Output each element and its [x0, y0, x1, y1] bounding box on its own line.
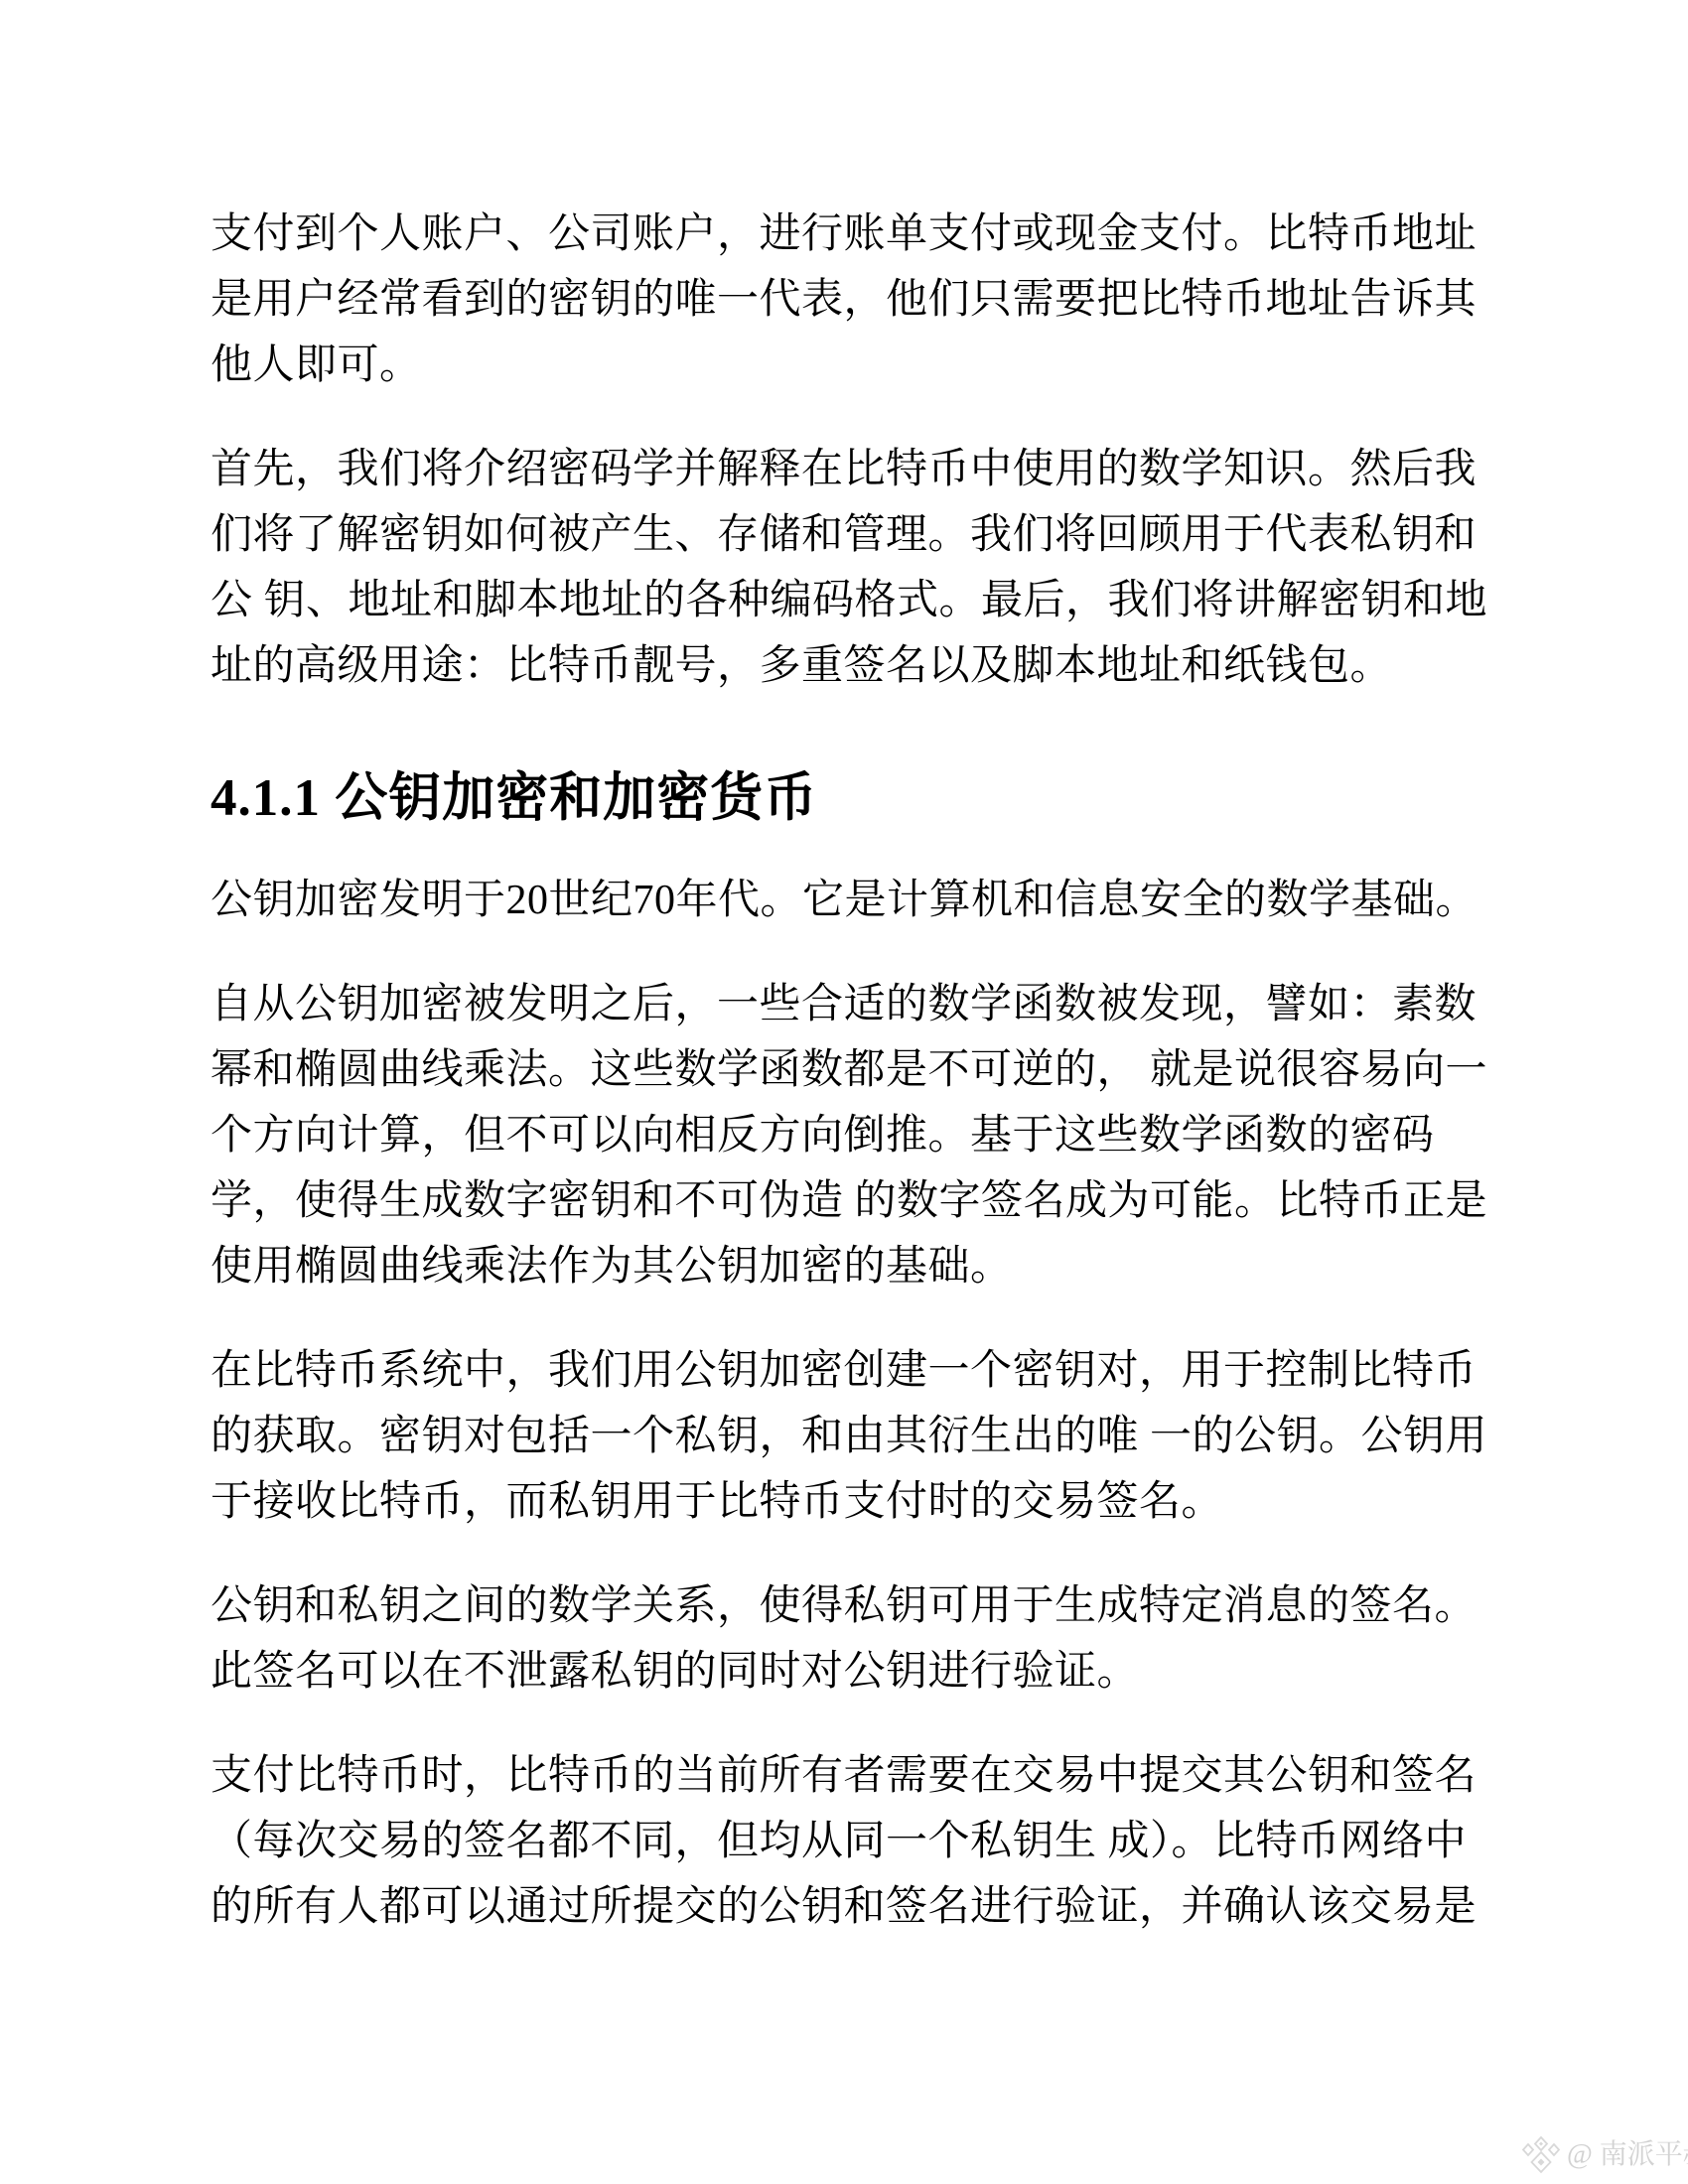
text-line: 公钥和私钥之间的数学关系，使得私钥可用于生成特定消息的签名。: [211, 1573, 1481, 1639]
document-page: 支付到个人账户、公司账户，进行账单支付或现金支付。比特币地址 是用户经常看到的密…: [0, 0, 1688, 2184]
text-line: 个方向计算，但不可以向相反方向倒推。基于这些数学函数的密码: [211, 1103, 1481, 1168]
paragraph: 公钥加密发明于20世纪70年代。它是计算机和信息安全的数学基础。: [211, 868, 1481, 933]
text-line: 自从公钥加密被发明之后，一些合适的数学函数被发现，譬如：素数: [211, 972, 1481, 1037]
text-line: 在比特币系统中，我们用公钥加密创建一个密钥对，用于控制比特币: [211, 1338, 1481, 1404]
watermark: @ 南派平叔: [1521, 2134, 1688, 2176]
watermark-handle: @ 南派平叔: [1567, 2135, 1688, 2175]
paragraph: 支付比特币时，比特币的当前所有者需要在交易中提交其公钥和签名 （每次交易的签名都…: [211, 1743, 1481, 1940]
text-line: 的所有人都可以通过所提交的公钥和签名进行验证，并确认该交易是: [211, 1874, 1481, 1940]
text-line: 的获取。密钥对包括一个私钥，和由其衍生出的唯 一的公钥。公钥用: [211, 1404, 1481, 1469]
text-line: 使用椭圆曲线乘法作为其公钥加密的基础。: [211, 1234, 1481, 1299]
binance-diamond-icon: [1521, 2134, 1561, 2176]
text-line: 于接收比特币，而私钥用于比特币支付时的交易签名。: [211, 1469, 1481, 1535]
paragraph: 自从公钥加密被发明之后，一些合适的数学函数被发现，譬如：素数 幂和椭圆曲线乘法。…: [211, 972, 1481, 1299]
text-line: （每次交易的签名都不同，但均从同一个私钥生 成）。比特币网络中: [211, 1809, 1481, 1874]
text-line: 址的高级用途：比特币靓号，多重签名以及脚本地址和纸钱包。: [211, 633, 1481, 699]
text-line: 此签名可以在不泄露私钥的同时对公钥进行验证。: [211, 1639, 1481, 1705]
paragraph: 公钥和私钥之间的数学关系，使得私钥可用于生成特定消息的签名。 此签名可以在不泄露…: [211, 1573, 1481, 1705]
paragraph: 首先，我们将介绍密码学并解释在比特币中使用的数学知识。然后我 们将了解密钥如何被…: [211, 437, 1481, 699]
text-line: 支付到个人账户、公司账户，进行账单支付或现金支付。比特币地址: [211, 202, 1481, 267]
text-line: 学，使得生成数字密钥和不可伪造 的数字签名成为可能。比特币正是: [211, 1168, 1481, 1234]
page-content: 支付到个人账户、公司账户，进行账单支付或现金支付。比特币地址 是用户经常看到的密…: [211, 202, 1481, 1979]
text-line: 们将了解密钥如何被产生、存储和管理。我们将回顾用于代表私钥和: [211, 502, 1481, 568]
paragraph: 支付到个人账户、公司账户，进行账单支付或现金支付。比特币地址 是用户经常看到的密…: [211, 202, 1481, 398]
text-line: 是用户经常看到的密钥的唯一代表，他们只需要把比特币地址告诉其: [211, 267, 1481, 333]
section-heading: 4.1.1 公钥加密和加密货币: [211, 758, 1481, 838]
paragraph: 在比特币系统中，我们用公钥加密创建一个密钥对，用于控制比特币 的获取。密钥对包括…: [211, 1338, 1481, 1535]
text-line: 公 钥、地址和脚本地址的各种编码格式。最后，我们将讲解密钥和地: [211, 568, 1481, 633]
text-line: 幂和椭圆曲线乘法。这些数学函数都是不可逆的， 就是说很容易向一: [211, 1037, 1481, 1103]
text-line: 支付比特币时，比特币的当前所有者需要在交易中提交其公钥和签名: [211, 1743, 1481, 1809]
text-line: 首先，我们将介绍密码学并解释在比特币中使用的数学知识。然后我: [211, 437, 1481, 502]
text-line: 公钥加密发明于20世纪70年代。它是计算机和信息安全的数学基础。: [211, 868, 1481, 933]
text-line: 他人即可。: [211, 333, 1481, 398]
